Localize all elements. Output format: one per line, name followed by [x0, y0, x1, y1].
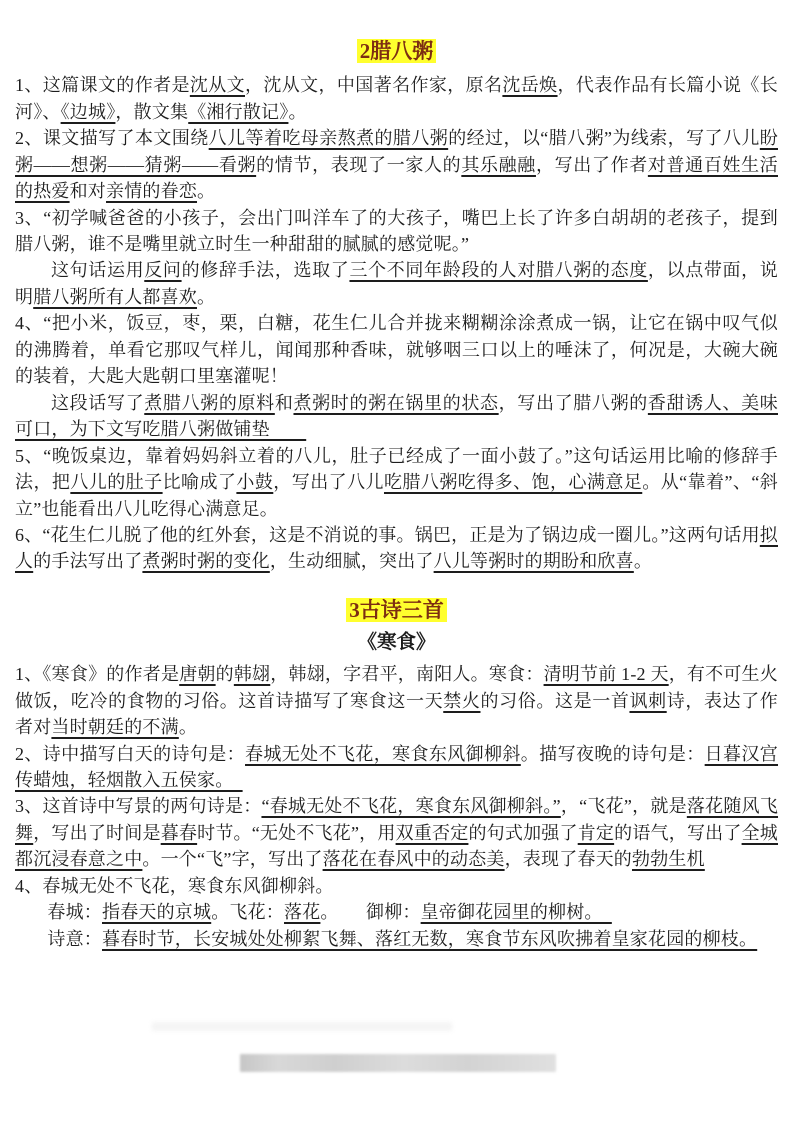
text-run: 诗意：	[47, 929, 102, 949]
underlined-key-text: “春城无处不飞花，寒食东风御柳斜。”	[261, 796, 560, 816]
underlined-key-text: 暮春	[161, 823, 197, 843]
underlined-key-text: 落花在春风中的动态美	[323, 849, 505, 869]
text-run: ，表现了春天的	[505, 849, 632, 869]
text-run: 1、这篇课文的作者是	[15, 75, 190, 95]
section-body-gushi-sanshou: 1、《寒食》的作者是唐朝的韩翃，韩翃，字君平，南阳人。寒食：清明节前 1-2 天…	[15, 661, 778, 952]
paragraph: 3、“初学喊爸爸的小孩子，会出门叫洋车了的大孩子，嘴巴上长了许多白胡胡的老孩子，…	[15, 205, 778, 258]
text-run: 6、“花生仁儿脱了他的红外套，这是不消说的事。锅巴，正是为了锅边成一圈儿。”这两…	[15, 525, 760, 545]
text-run: 2、诗中描写白天的诗句是：	[15, 744, 245, 764]
text-run: ，“飞花”，就是	[561, 796, 687, 816]
underlined-key-text: 双重否定	[396, 823, 469, 843]
text-run: 。	[197, 181, 215, 201]
paragraph: 6、“花生仁儿脱了他的红外套，这是不消说的事。锅巴，正是为了锅边成一圈儿。”这两…	[15, 522, 778, 575]
text-run: 这句话运用	[51, 260, 144, 280]
paragraph: 诗意：暮春时节，长安城处处柳絮飞舞、落红无数，寒食节东风吹拂着皇家花园的柳枝。	[15, 926, 778, 952]
underlined-key-text: 腊八粥所有人都喜欢	[33, 287, 197, 307]
underlined-key-text: 讽刺	[629, 691, 666, 711]
poem-subtitle-hanshi: 《寒食》	[15, 626, 778, 654]
text-run: 。描写夜晚的诗句是：	[521, 744, 705, 764]
text-run: 的手法写出了	[33, 551, 142, 571]
text-run: ，生动细腻，突出了	[270, 551, 434, 571]
underlined-key-text: 清明节前 1-2 天	[544, 664, 669, 684]
text-run: ，韩翃，字君平，南阳人。寒食：	[270, 664, 543, 684]
underlined-key-text: 煮粥时粥的变化	[142, 551, 269, 571]
text-run: 的修辞手法，选取了	[182, 260, 350, 280]
text-run: ，沈从文，中国著名作家，原名	[245, 75, 502, 95]
text-run: 的经过，以“腊八粥”为线索，写了八儿	[448, 128, 760, 148]
underlined-key-text: 《湘行散记》	[188, 102, 288, 122]
underlined-key-text: 煮腊八粥的原料	[144, 393, 275, 413]
paragraph: 这句话运用反问的修辞手法，选取了三个不同年龄段的人对腊八粥的态度，以点带面，说明…	[15, 257, 778, 310]
paragraph: 这段话写了煮腊八粥的原料和煮粥时的粥在锅里的状态，写出了腊八粥的香甜诱人、美味可…	[15, 390, 778, 443]
paragraph: 4、春城无处不飞花，寒食东风御柳斜。	[15, 873, 778, 899]
underlined-key-text: 春城无处不飞花，寒食东风御柳斜	[245, 744, 521, 764]
text-run: 。	[197, 287, 215, 307]
underlined-key-text: 煮粥时的粥在锅里的状态	[293, 393, 498, 413]
underlined-key-text: 八儿的肚子	[70, 472, 162, 492]
underlined-key-text: 指春天的京城	[102, 902, 211, 922]
text-run: 时节。“无处不飞花”，用	[197, 823, 395, 843]
section-title-gushi-sanshou: 3古诗三首	[15, 597, 778, 624]
underlined-key-text: 亲情的眷恋	[106, 181, 197, 201]
text-run: 。飞花：	[211, 902, 284, 922]
text-run: 1、《寒食》的作者是	[15, 664, 179, 684]
underlined-key-text: 小鼓	[236, 472, 273, 492]
text-run: 2、课文描写了本文围绕	[15, 128, 209, 148]
text-run: 和	[275, 393, 294, 413]
text-run: 的	[216, 664, 234, 684]
document-content: 2腊八粥 1、这篇课文的作者是沈从文，沈从文，中国著名作家，原名沈岳焕，代表作品…	[0, 38, 793, 952]
underlined-key-text: 唐朝	[179, 664, 215, 684]
paragraph: 2、诗中描写白天的诗句是：春城无处不飞花，寒食东风御柳斜。描写夜晚的诗句是：日暮…	[15, 741, 778, 794]
underlined-key-text: 三个不同年龄段的人对腊八粥的态度	[349, 260, 647, 280]
text-run: ，写出了时间是	[33, 823, 160, 843]
underlined-key-text: 禁火	[443, 691, 480, 711]
text-run: 。	[634, 551, 652, 571]
underlined-key-text: 韩翃	[234, 664, 270, 684]
section-title-laba-zhou: 2腊八粥	[15, 38, 778, 65]
underlined-key-text: 勃勃生机	[632, 849, 705, 869]
highlighted-title-text: 2腊八粥	[357, 39, 437, 63]
text-run: 比喻成了	[163, 472, 237, 492]
text-run: 3、这首诗中写景的两句诗是：	[15, 796, 261, 816]
scan-smudge	[152, 1022, 452, 1031]
paragraph: 5、“晚饭桌边，靠着妈妈斜立着的八儿，肚子已经成了一面小鼓了。”这句话运用比喻的…	[15, 443, 778, 522]
underlined-key-text: 吃腊八粥吃得多、饱，心满意足	[384, 472, 642, 492]
underlined-key-text: 肯定	[578, 823, 614, 843]
text-run: 的情节，表现了一家人的	[256, 155, 461, 175]
paragraph: 春城：指春天的京城。飞花：落花。 御柳：皇帝御花园里的柳树。	[15, 899, 778, 925]
section-body-laba-zhou: 1、这篇课文的作者是沈从文，沈从文，中国著名作家，原名沈岳焕，代表作品有长篇小说…	[15, 72, 778, 575]
underlined-key-text: 八儿等着吃母亲熬煮的腊八粥	[209, 128, 449, 148]
document-page: 2腊八粥 1、这篇课文的作者是沈从文，沈从文，中国著名作家，原名沈岳焕，代表作品…	[0, 0, 793, 1122]
text-run: 和对	[70, 181, 106, 201]
underlined-key-text: 皇帝御花园里的柳树。	[421, 902, 612, 922]
underlined-key-text: 当时朝廷的不满	[51, 717, 178, 737]
highlighted-title-text: 3古诗三首	[346, 598, 447, 622]
text-run: 。 御柳：	[320, 902, 420, 922]
underlined-key-text: 暮春时节，长安城处处柳絮飞舞、落红无数，寒食节东风吹拂着皇家花园的柳枝。	[102, 929, 757, 949]
text-run: 这段话写了	[51, 393, 144, 413]
text-run: 4、“把小米，饭豆，枣，栗，白糖，花生仁儿合并拢来糊糊涂涂煮成一锅，让它在锅中叹…	[15, 313, 778, 386]
text-run: 的句式加强了	[468, 823, 577, 843]
text-run: 。	[179, 717, 197, 737]
text-run: ，写出了八儿	[273, 472, 384, 492]
text-run: 。	[288, 102, 306, 122]
underlined-key-text: 沈岳焕	[502, 75, 557, 95]
text-run: 。一个“飞”字，写出了	[142, 849, 322, 869]
text-run: 3、“初学喊爸爸的小孩子，会出门叫洋车了的大孩子，嘴巴上长了许多白胡胡的老孩子，…	[15, 208, 778, 254]
text-run: ，写出了作者	[536, 155, 648, 175]
redacted-watermark-bar	[240, 1054, 556, 1072]
underlined-key-text: 其乐融融	[461, 155, 536, 175]
paragraph: 2、课文描写了本文围绕八儿等着吃母亲熬煮的腊八粥的经过，以“腊八粥”为线索，写了…	[15, 125, 778, 204]
text-run: 的语气，写出了	[614, 823, 741, 843]
text-run: 4、春城无处不飞花，寒食东风御柳斜。	[15, 876, 334, 896]
underlined-key-text: 反问	[144, 260, 181, 280]
paragraph: 1、《寒食》的作者是唐朝的韩翃，韩翃，字君平，南阳人。寒食：清明节前 1-2 天…	[15, 661, 778, 740]
text-run: 的习俗。这是一首	[481, 691, 630, 711]
paragraph: 4、“把小米，饭豆，枣，栗，白糖，花生仁儿合并拢来糊糊涂涂煮成一锅，让它在锅中叹…	[15, 310, 778, 389]
paragraph: 1、这篇课文的作者是沈从文，沈从文，中国著名作家，原名沈岳焕，代表作品有长篇小说…	[15, 72, 778, 125]
text-run: 春城：	[47, 902, 102, 922]
paragraph: 3、这首诗中写景的两句诗是：“春城无处不飞花，寒食东风御柳斜。”，“飞花”，就是…	[15, 793, 778, 872]
underlined-key-text: 落花	[284, 902, 320, 922]
underlined-key-text: 八儿等粥时的期盼和欣喜	[434, 551, 634, 571]
text-run: ，散文集	[115, 102, 188, 122]
underlined-key-text: 沈从文	[190, 75, 245, 95]
text-run: ，写出了腊八粥的	[499, 393, 648, 413]
underlined-key-text: 《边城》	[61, 102, 116, 122]
